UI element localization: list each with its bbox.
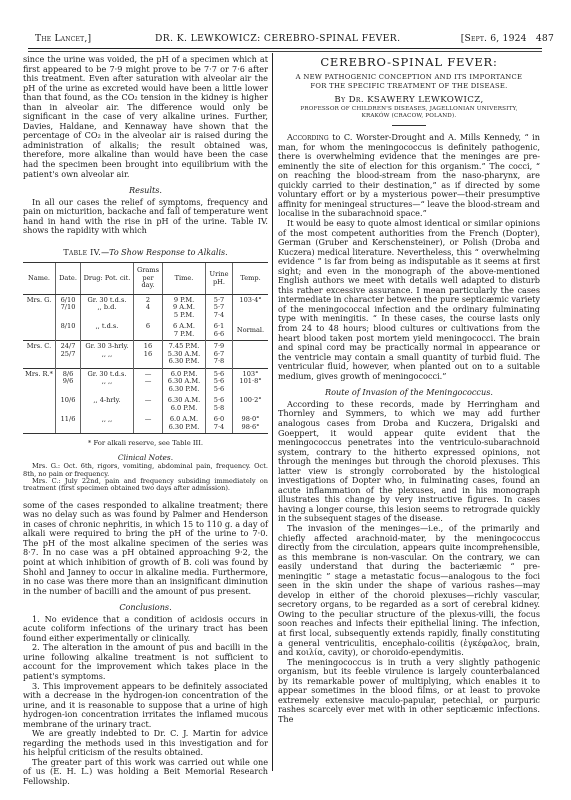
- table-header-row: Name. Date. Drug: Pot. cit. Grams per da…: [23, 263, 268, 295]
- clinical-notes: Mrs. G.: Oct. 6th, rigors, vomiting, abd…: [23, 463, 268, 492]
- cell-grams: 4: [135, 304, 161, 312]
- patient-name: Mrs. C.: [23, 341, 56, 369]
- issue-date: [Sept. 6, 1924: [461, 33, 527, 44]
- clinical-note: Mrs. G.: Oct. 6th, rigors, vomiting, abd…: [23, 463, 268, 478]
- article-subtitle-line-2: FOR THE SPECIFIC TREATMENT OF THE DISEAS…: [278, 82, 540, 91]
- route-heading: Route of Invasion of the Meningococcus.: [278, 388, 540, 398]
- cell-drug: ,, b.d.: [82, 304, 132, 312]
- cell-time: 5 P.M.: [164, 312, 204, 320]
- cell-date: 9/6: [57, 378, 79, 386]
- cell-temp: 100·2°: [234, 397, 267, 405]
- cell-drug: ,, 4-hrly.: [82, 397, 132, 405]
- cell-date: 10/6: [57, 397, 79, 405]
- conclusion-item: 1. No evidence that a condition of acido…: [23, 615, 268, 644]
- cell-time: 6.30 P.M.: [164, 424, 204, 432]
- col-ph: Urine pH.: [206, 263, 233, 295]
- conclusion-item: 3. This improvement appears to be defini…: [23, 682, 268, 730]
- patient-name: Mrs. G.: [23, 294, 56, 321]
- clinical-note: Mrs. C.: July 22nd, pain and frequency s…: [23, 478, 268, 493]
- title-separator: [392, 125, 426, 126]
- column-divider: [272, 53, 273, 771]
- cell-temp: 101·8°: [234, 378, 267, 386]
- col-temp: Temp.: [233, 263, 269, 295]
- cell-date: 25/7: [57, 351, 79, 359]
- conclusions-heading: Conclusions.: [23, 603, 268, 613]
- body-paragraph: It would be easy to quote almost identic…: [278, 219, 540, 381]
- cell-date: 7/10: [57, 304, 79, 312]
- table-row: Mrs. C. 24/725/7 Gr. 30 3-hrly.,, ,, 161…: [23, 341, 268, 369]
- table-row: 11/6 ,, ,, — 6.0 A.M.6.30 P.M. 6·07·4 98…: [23, 414, 268, 434]
- article-subtitle-line-1: A NEW PATHOGENIC CONCEPTION AND ITS IMPO…: [278, 73, 540, 82]
- page-number: 487: [536, 33, 554, 44]
- table-row: 8/10 ,, t.d.s. 6 6 A.M.7 P.M. 6·16·6 Nor…: [23, 321, 268, 341]
- journal-name: The Lancet,]: [35, 33, 91, 44]
- col-time: Time.: [163, 263, 206, 295]
- results-heading: Results.: [23, 186, 268, 196]
- left-column: since the urine was voided, the pH of a …: [23, 55, 268, 787]
- article-title: CEREBRO-SPINAL FEVER:: [278, 58, 540, 68]
- cell-grams: —: [135, 378, 161, 386]
- col-grams: Grams per day.: [134, 263, 163, 295]
- cell-ph: 5·6: [207, 386, 231, 394]
- acknowledgment-paragraph: We are greatly indebted to Dr. C. J. Mar…: [23, 729, 268, 758]
- cell-temp: 103·4°: [234, 297, 267, 305]
- byline: By Dr. KSAWERY LEWKOWICZ,: [278, 96, 540, 106]
- patient-name: Mrs. R.*: [23, 368, 56, 395]
- clinical-notes-heading: Clinical Notes.: [23, 453, 268, 463]
- cell-date: 8/10: [57, 323, 79, 331]
- cell-drug: ,, t.d.s.: [82, 323, 132, 331]
- cell-temp: Normal.: [234, 327, 267, 335]
- affiliation-line-2: KRAKÓW (CRACOW, POLAND).: [278, 113, 540, 120]
- table-row: 10/6 ,, 4-hrly. — 6.30 A.M.6.0 P.M. 5·65…: [23, 395, 268, 414]
- col-name: Name.: [23, 263, 56, 295]
- cell-grams: —: [135, 416, 161, 424]
- cell-ph: 7·8: [207, 358, 231, 366]
- cell-grams: 16: [135, 351, 161, 359]
- opening-paragraph-text: to C. Worster-Drought and A. Mills Kenne…: [278, 132, 540, 218]
- body-paragraph: According to these records, made by Herr…: [278, 400, 540, 524]
- results-paragraph: In all our cases the relief of symptoms,…: [23, 198, 268, 236]
- cell-ph: 7·4: [207, 424, 231, 432]
- header-rule-thin: [28, 51, 542, 52]
- table-row: Mrs. R.* 8/69/6 Gr. 30 t.d.s.,, ,, —— 6.…: [23, 368, 268, 395]
- byline-prefix: By Dr.: [334, 95, 364, 105]
- cell-time: 6.30 P.M.: [164, 386, 204, 394]
- cell-ph: 5·8: [207, 405, 231, 413]
- table-label: Table IV.: [63, 248, 101, 257]
- acknowledgment-paragraph: The greater part of this work was carrie…: [23, 758, 268, 787]
- cell-grams: —: [135, 397, 161, 405]
- body-paragraph: The invasion of the meninges—i.e., of th…: [278, 524, 540, 658]
- cell-time: 6.30 P.M.: [164, 358, 204, 366]
- table-caption: Table IV.—To Show Response to Alkalis.: [23, 248, 268, 258]
- opening-word: According: [287, 132, 329, 142]
- body-paragraph: The meningococcus is in truth a very sli…: [278, 658, 540, 725]
- author-name: KSAWERY LEWKOWICZ,: [367, 95, 483, 105]
- cell-drug: ,, ,,: [82, 378, 132, 386]
- cell-ph: 7·4: [207, 312, 231, 320]
- opening-paragraph: According to C. Worster-Drought and A. M…: [278, 133, 540, 219]
- cell-time: 6.0 P.M.: [164, 405, 204, 413]
- cell-time: 7 P.M.: [164, 331, 204, 339]
- intro-paragraph: since the urine was voided, the pH of a …: [23, 55, 268, 179]
- header-rule: [28, 48, 542, 49]
- cell-ph: 6·6: [207, 331, 231, 339]
- cell-grams: 6: [135, 323, 161, 331]
- cell-drug: ,, ,,: [82, 416, 132, 424]
- running-title: DR. K. LEWKOWICZ: CEREBRO-SPINAL FEVER.: [155, 33, 400, 44]
- table-footnote: * For alkali reserve, see Table III.: [23, 439, 268, 449]
- col-drug: Drug: Pot. cit.: [81, 263, 134, 295]
- table-row: Mrs. G. 6/107/10 Gr. 30 t.d.s.,, b.d. 24…: [23, 294, 268, 321]
- issue-info: [Sept. 6, 1924 487: [461, 33, 554, 44]
- right-column: CEREBRO-SPINAL FEVER: A NEW PATHOGENIC C…: [278, 55, 540, 724]
- table-title: —To Show Response to Alkalis.: [101, 248, 228, 257]
- cell-date: 11/6: [57, 416, 79, 424]
- col-date: Date.: [56, 263, 81, 295]
- conclusion-item: 2. The alteration in the amount of pus a…: [23, 643, 268, 681]
- cell-drug: ,, ,,: [82, 351, 132, 359]
- alkali-response-table: Name. Date. Drug: Pot. cit. Grams per da…: [23, 262, 268, 434]
- cell-temp: 98·6°: [234, 424, 267, 432]
- running-header: The Lancet,] DR. K. LEWKOWICZ: CEREBRO-S…: [22, 33, 554, 45]
- continuation-paragraph: some of the cases responded to alkaline …: [23, 501, 268, 596]
